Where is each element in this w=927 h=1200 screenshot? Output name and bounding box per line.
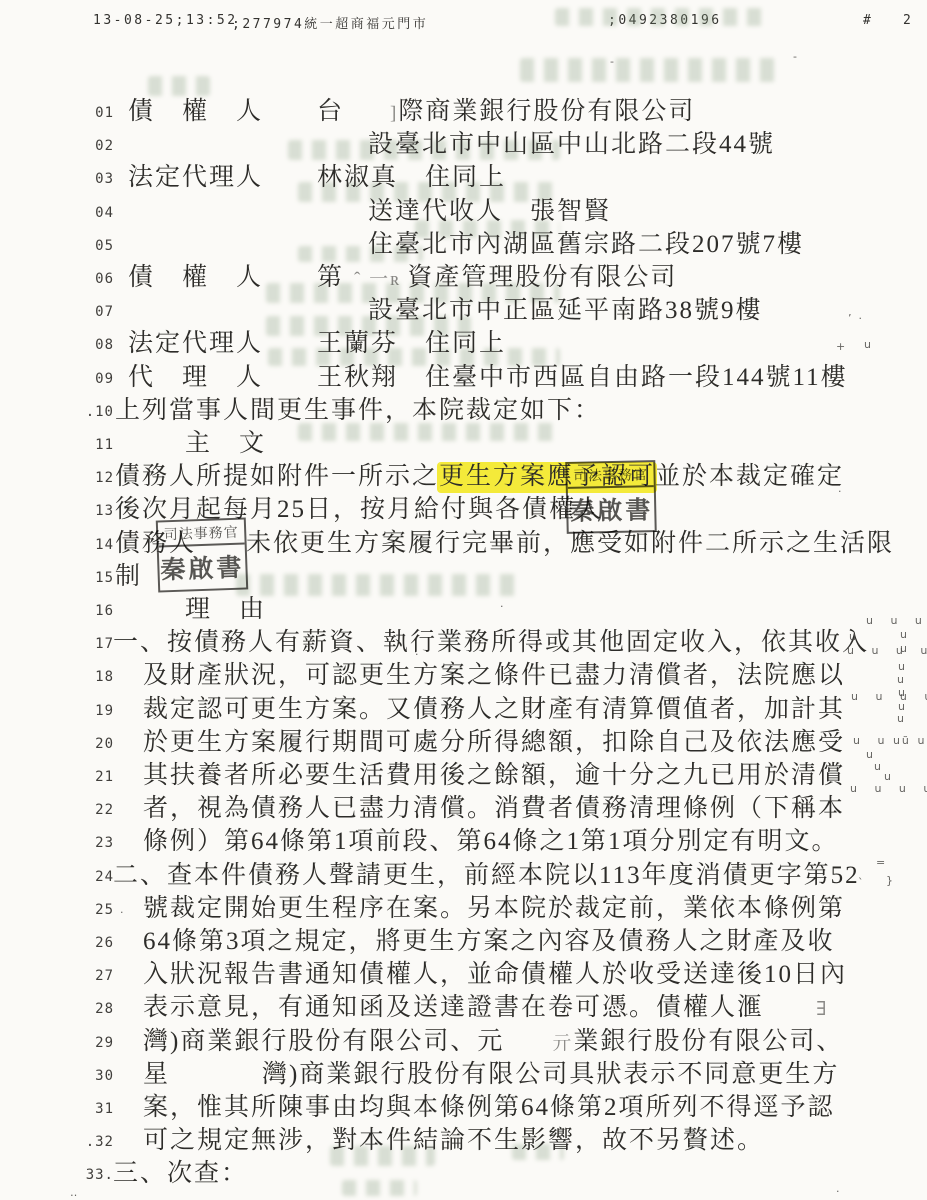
document-line: 28表示意見，有通知函及送達證書在卷可憑。債權人滙∃: [0, 992, 927, 1025]
line-number: 08: [82, 337, 114, 353]
document-line: 17一、按債務人有薪資、執行業務所得或其他固定收入，依其收入: [0, 627, 927, 660]
scan-noise-mark: .: [836, 1182, 847, 1195]
scan-noise-mark: u u: [893, 734, 927, 747]
scan-noise-mark: .: [625, 1005, 636, 1018]
line-number: 27: [82, 968, 114, 984]
line-text: 二、查本件債務人聲請更生，前經本院以113年度消債更字第52: [113, 860, 860, 891]
document-line: 18及財產狀況，可認更生方案之條件已盡力清償者，法院應以: [0, 660, 927, 693]
scan-noise-mark: ·: [250, 430, 261, 443]
line-text: 條例）第64條第1項前段、第64條之1第1項分別定有明文。: [143, 826, 839, 857]
stamp-title: 司法事務官: [158, 520, 245, 548]
line-number: .32: [82, 1134, 114, 1150]
bleedthrough-mark: [555, 8, 765, 26]
scan-noise-mark: .: [320, 1087, 331, 1100]
line-number: 05: [82, 238, 114, 254]
officer-stamp: 司法事務官 秦啟書: [565, 460, 657, 534]
line-number: 18: [82, 669, 114, 685]
scan-noise-mark: -: [610, 55, 621, 68]
line-number: 07: [82, 304, 114, 320]
line-number: 23: [82, 835, 114, 851]
document-line: 04送達代收人 張智賢: [0, 196, 927, 229]
line-text: 債 權 人 台]際商業銀行股份有限公司: [128, 96, 695, 129]
document-line: 03法定代理人 林淑真 住同上: [0, 162, 927, 195]
scan-noise-mark: u u u u: [847, 644, 927, 657]
line-number: .10: [82, 404, 114, 420]
fax-hash-sign: #: [863, 13, 873, 28]
line-number: 04: [82, 205, 114, 221]
document-line: 2664條第3項之規定，將更生方案之內容及債務人之財產及收: [0, 926, 927, 959]
document-line: 22者，視為債務人已盡力清償。消費者債務清理條例（下稱本: [0, 793, 927, 826]
line-number: 15: [82, 570, 114, 586]
scan-noise-mark: u u u u: [851, 690, 927, 703]
stamp-name: 秦啟書: [568, 487, 655, 532]
document-line: 30星灣)商業銀行股份有限公司具狀表示不同意更生方: [0, 1059, 927, 1092]
document-line: 05住臺北市內湖區舊宗路二段207號7樓: [0, 229, 927, 262]
document-line: 25號裁定開始更生程序在案。另本院於裁定前，業依本條例第: [0, 893, 927, 926]
scan-noise-mark: `: [858, 876, 871, 889]
line-number: 26: [82, 935, 114, 951]
document-line: 27入狀況報告書通知債權人，並命債權人於收受送達後10日內: [0, 959, 927, 992]
scan-noise-mark: ʼ·: [848, 312, 869, 325]
scan-noise-mark: u: [898, 686, 912, 699]
scan-noise-mark: ·: [838, 485, 849, 498]
document-line: 21其扶養者所必要生活費用後之餘額，逾十分之九已用於清償: [0, 760, 927, 793]
line-text: 三、次查：: [113, 1158, 248, 1189]
line-number: 24: [82, 869, 114, 885]
line-number: 06: [82, 271, 114, 287]
line-number: 17: [82, 636, 114, 652]
document-line: 24二、查本件債務人聲請更生，前經本院以113年度消債更字第52: [0, 860, 927, 893]
document-line: 19裁定認可更生方案。又債務人之財產有清算價值者，加計其: [0, 694, 927, 727]
scan-noise-mark: u: [897, 673, 911, 686]
line-text: 住臺北市內湖區舊宗路二段207號7樓: [368, 229, 804, 260]
document-line: 14債務人未依更生方案履行完畢前，應受如附件二所示之生活限: [0, 528, 927, 561]
stamp-name: 秦啟書: [159, 545, 246, 591]
line-text: 一、按債務人有薪資、執行業務所得或其他固定收入，依其收入: [113, 627, 869, 658]
line-text: 灣)商業銀行股份有限公司、元亓業銀行股份有限公司、: [143, 1026, 843, 1059]
scan-noise-mark: .: [210, 757, 221, 770]
line-text: 法定代理人 王蘭芬 住同上: [128, 328, 506, 359]
fax-timestamp: 13-08-25;13:52: [93, 13, 238, 28]
line-number: 19: [82, 703, 114, 719]
document-line: 09代 理 人 王秋翔 住臺中市西區自由路一段144號11樓: [0, 362, 927, 395]
scan-noise-mark: ·: [828, 1096, 839, 1109]
document-line: 16理 由: [0, 594, 927, 627]
line-number: 20: [82, 736, 114, 752]
scan-noise-mark: .: [120, 903, 131, 916]
partial-glyph: ∃: [816, 999, 828, 1020]
scanned-court-document-page: 13-08-25;13:52 ;277974統一超商福元門市 ;04923801…: [0, 0, 927, 1200]
scan-noise-mark: u u u: [866, 614, 927, 627]
line-number: 02: [82, 138, 114, 154]
partial-glyph: ˆ 一ʀ: [354, 269, 401, 290]
document-line: 33.三、次查：: [0, 1158, 927, 1191]
line-number: 13: [82, 503, 114, 519]
line-text: 表示意見，有通知函及送達證書在卷可憑。債權人滙∃: [143, 992, 828, 1025]
line-number: 14: [82, 537, 114, 553]
line-text: 送達代收人 張智賢: [368, 196, 611, 227]
scan-noise-mark: u u u u u: [850, 782, 927, 795]
scan-noise-mark: u: [898, 660, 912, 673]
line-text: 案，惟其所陳事由均與本條例第64條第2項所列不得逕予認: [143, 1092, 835, 1123]
scan-noise-mark: u: [900, 628, 914, 641]
scan-noise-mark: +: [836, 340, 852, 353]
line-number: 11: [82, 437, 114, 453]
document-line: 20於更生方案履行期間可處分所得總額，扣除自己及依法應受: [0, 727, 927, 760]
scan-noise-mark: =: [876, 856, 892, 869]
line-number: 03: [82, 171, 114, 187]
document-line: 02設臺北市中山區中山北路二段44號: [0, 129, 927, 162]
document-line: 31案，惟其所陳事由均與本條例第64條第2項所列不得逕予認: [0, 1092, 927, 1125]
document-line: 15制: [0, 561, 927, 594]
bleedthrough-mark: [520, 58, 775, 82]
line-text: 法定代理人 林淑真 住同上: [128, 162, 506, 193]
scan-noise-mark: u: [897, 712, 911, 725]
scan-noise-mark: ‥: [70, 1186, 84, 1199]
line-number: 25: [82, 902, 114, 918]
line-text: 上列當事人間更生事件，本院裁定如下：: [115, 395, 601, 426]
scan-noise-mark: }: [886, 874, 900, 887]
fax-page-number: 2: [903, 13, 913, 28]
bleedthrough-mark: [148, 76, 210, 96]
line-text: 號裁定開始更生程序在案。另本院於裁定前，業依本條例第: [143, 893, 845, 924]
scan-noise-mark: u: [849, 630, 863, 643]
line-number: 33.: [82, 1167, 114, 1183]
line-number: 16: [82, 603, 114, 619]
line-text: 裁定認可更生方案。又債務人之財產有清算價值者，加計其: [143, 694, 845, 725]
line-text: 及財產狀況，可認更生方案之條件已盡力清償者，法院應以: [143, 660, 845, 691]
officer-stamp: 司法事務官 秦啟書: [156, 517, 248, 592]
stamp-title: 司法事務官: [567, 462, 654, 489]
line-number: 09: [82, 371, 114, 387]
line-text: 債務人所提如附件一所示之更生方案應予認可並於本裁定確定: [115, 461, 844, 492]
partial-glyph: ]: [390, 103, 398, 124]
line-text: 債 權 人 第ˆ 一ʀ資產管理股份有限公司: [128, 262, 677, 295]
scan-noise-mark: .: [705, 135, 716, 148]
line-number: 31: [82, 1101, 114, 1117]
line-text: 代 理 人 王秋翔 住臺中市西區自由路一段144號11樓: [128, 362, 848, 393]
document-line: 23條例）第64條第1項前段、第64條之1第1項分別定有明文。: [0, 826, 927, 859]
document-line: 07設臺北市中正區延平南路38號9樓: [0, 295, 927, 328]
document-line: 12債務人所提如附件一所示之更生方案應予認可並於本裁定確定: [0, 461, 927, 494]
scan-noise-mark: u: [900, 642, 914, 655]
document-line: .32可之規定無涉，對本件結論不生影響，故不另贅述。: [0, 1125, 927, 1158]
partial-glyph: 亓: [552, 1033, 573, 1054]
line-number: 28: [82, 1001, 114, 1017]
line-text: 制: [115, 561, 142, 592]
line-number: 30: [82, 1068, 114, 1084]
line-text: 64條第3項之規定，將更生方案之內容及債務人之財產及收: [143, 926, 835, 957]
document-line: 13後次月起每月25日，按月給付與各債權人: [0, 494, 927, 527]
line-text: 其扶養者所必要生活費用後之餘額，逾十分之九已用於清償: [143, 760, 845, 791]
fax-sender: ;277974統一超商福元門市: [232, 13, 428, 32]
scan-noise-mark: u: [864, 338, 878, 351]
line-text: 星灣)商業銀行股份有限公司具狀表示不同意更生方: [143, 1059, 839, 1090]
line-text: 者，視為債務人已盡力清償。消費者債務清理條例（下稱本: [143, 793, 845, 824]
document-line: .10上列當事人間更生事件，本院裁定如下：: [0, 395, 927, 428]
line-text: 設臺北市中正區延平南路38號9樓: [368, 295, 763, 326]
line-number: 29: [82, 1035, 114, 1051]
scan-noise-mark: .: [415, 645, 426, 658]
scan-noise-mark: -: [793, 50, 804, 63]
document-line: 08法定代理人 王蘭芬 住同上: [0, 328, 927, 361]
line-number: 21: [82, 769, 114, 785]
document-line: 01債 權 人 台]際商業銀行股份有限公司: [0, 96, 927, 129]
scan-noise-mark: ·: [500, 600, 511, 613]
line-number: 22: [82, 802, 114, 818]
line-number: 01: [82, 105, 114, 121]
line-text: 於更生方案履行期間可處分所得總額，扣除自己及依法應受: [143, 727, 845, 758]
line-text: 理 由: [185, 594, 266, 625]
document-line: 11主 文: [0, 428, 927, 461]
document-line: 06債 權 人 第ˆ 一ʀ資產管理股份有限公司: [0, 262, 927, 295]
line-number: 12: [82, 470, 114, 486]
line-text: 入狀況報告書通知債權人，並命債權人於收受送達後10日內: [143, 959, 847, 990]
line-text: 可之規定無涉，對本件結論不生影響，故不另贅述。: [143, 1125, 764, 1156]
document-line: 29灣)商業銀行股份有限公司、元亓業銀行股份有限公司、: [0, 1026, 927, 1059]
